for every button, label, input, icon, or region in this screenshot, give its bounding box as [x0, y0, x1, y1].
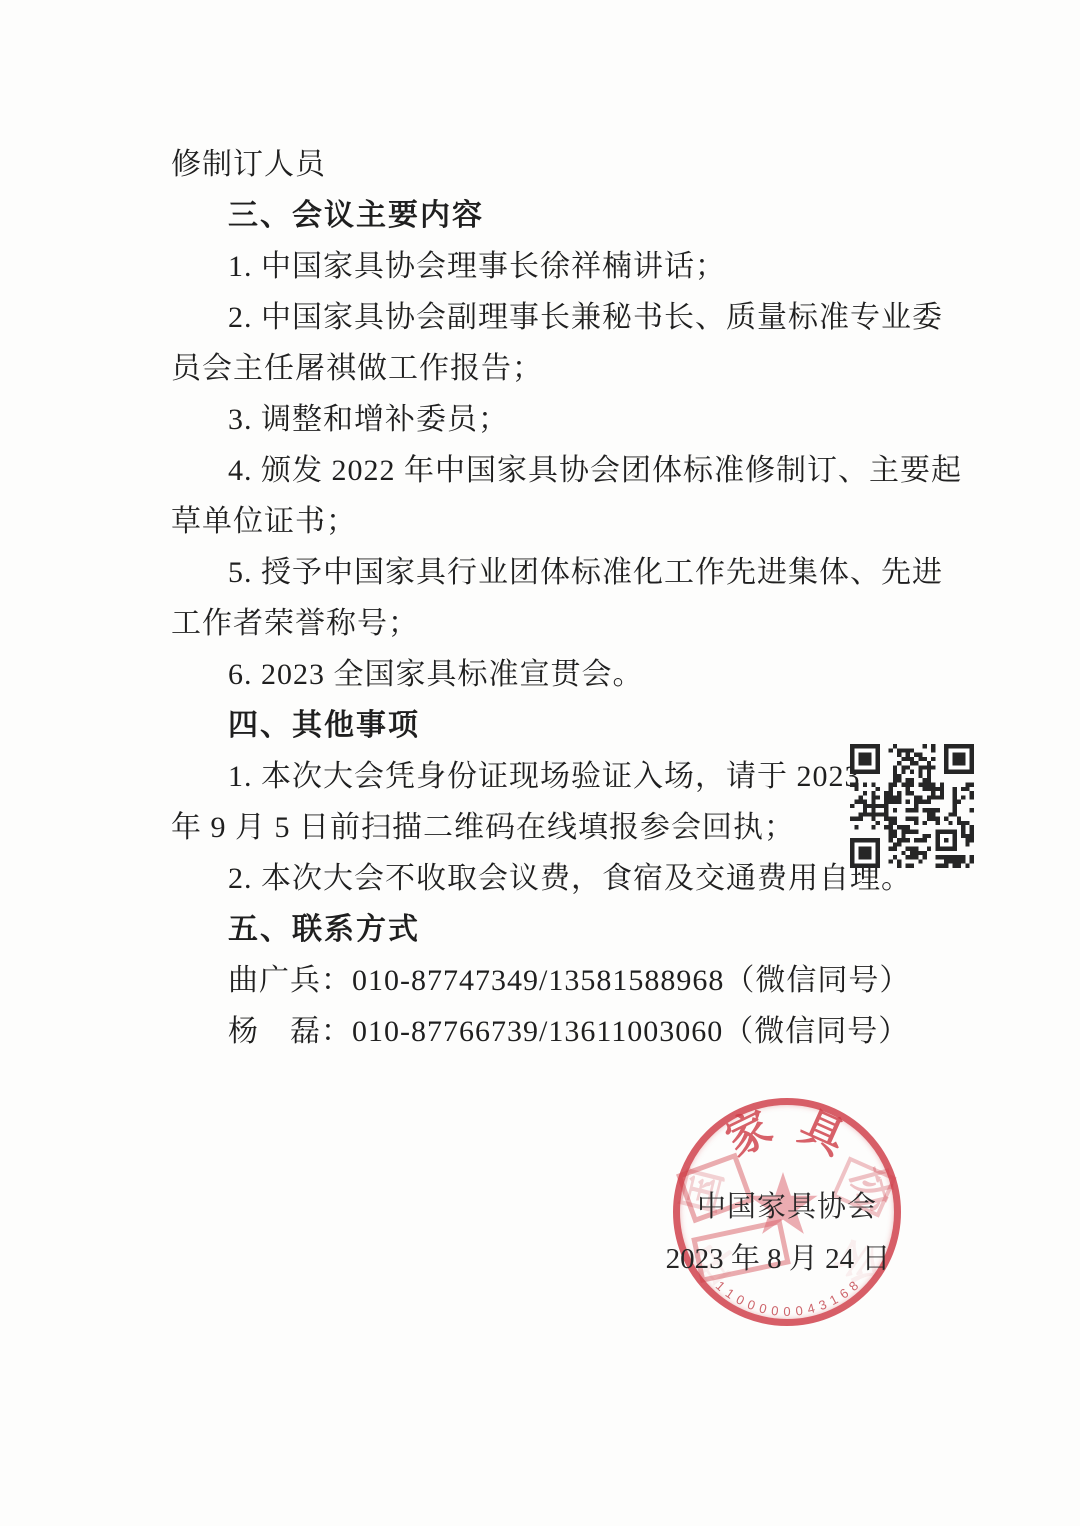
doc-line: 3. 调整和增补委员；: [171, 394, 946, 445]
seal-date: 2023 年 8 月 24 日: [658, 1236, 898, 1277]
doc-line: 1. 中国家具协会理事长徐祥楠讲话；: [171, 241, 946, 292]
section-heading-3: 三、会议主要内容: [171, 190, 946, 241]
section-heading-4: 四、其他事项: [171, 700, 946, 751]
qr-code-svg: [850, 744, 974, 868]
doc-line: 工作者荣誉称号；: [171, 598, 946, 649]
doc-line: 修制订人员: [171, 139, 946, 190]
seal-org-name: 中国家具协会: [673, 1184, 901, 1225]
doc-line: 5. 授予中国家具行业团体标准化工作先进集体、先进: [171, 547, 946, 598]
doc-line: 草单位证书；: [171, 496, 946, 547]
doc-line: 年 9 月 5 日前扫描二维码在线填报参会回执；: [171, 802, 946, 853]
doc-line: 2. 中国家具协会副理事长兼秘书长、质量标准专业委: [171, 292, 946, 343]
section-heading-5: 五、联系方式: [171, 904, 946, 955]
doc-line: 员会主任屠祺做工作报告；: [171, 343, 946, 394]
doc-line: 6. 2023 全国家具标准宣贯会。: [171, 649, 946, 700]
qr-code: [850, 744, 974, 868]
document-page: 修制订人员 三、会议主要内容 1. 中国家具协会理事长徐祥楠讲话； 2. 中国家…: [0, 0, 1080, 1526]
doc-line: 1. 本次大会凭身份证现场验证入场，请于 2023: [171, 751, 946, 802]
document-body: 修制订人员 三、会议主要内容 1. 中国家具协会理事长徐祥楠讲话； 2. 中国家…: [171, 139, 946, 1057]
contact-line: 杨 磊：010-87766739/13611003060（微信同号）: [171, 1006, 946, 1057]
contact-line: 曲广兵：010-87747349/13581588968（微信同号）: [171, 955, 946, 1006]
doc-line: 4. 颁发 2022 年中国家具协会团体标准修制订、主要起: [171, 445, 946, 496]
doc-line: 2. 本次大会不收取会议费，食宿及交通费用自理。: [171, 853, 946, 904]
